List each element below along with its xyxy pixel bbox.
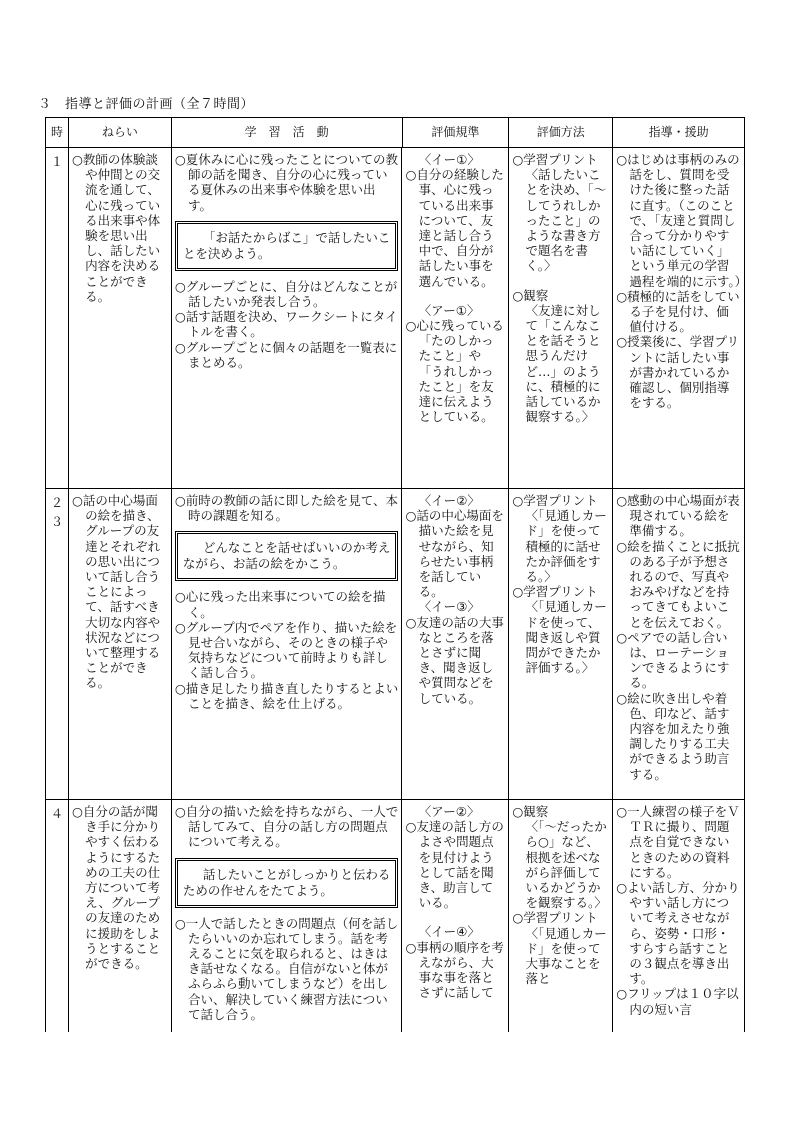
header-aim: ねらい bbox=[69, 118, 172, 147]
hour-cell: １ bbox=[46, 148, 69, 488]
guidance-cell: ○はじめは事柄のみの話をし、質問を受けた後に整った話に直す。（このことで、「友達… bbox=[613, 148, 745, 488]
table-row: ２ ３ ○話の中心場面の絵を描き、グループの友達とそれぞれの思い出について話し合… bbox=[45, 489, 745, 800]
hour-cell: ２ ３ bbox=[46, 489, 69, 799]
table-row: １ ○教師の体験談や仲間との交流を通して、心に残っている出来事や体験を思い出し、… bbox=[45, 148, 745, 489]
activities-cell: ○前時の教師の話に即した絵を見て、本時の課題を知る。 どんなことを話せばいいのか… bbox=[172, 489, 403, 799]
header-hour: 時 bbox=[46, 118, 69, 147]
aim-cell: ○自分の話が聞き手に分かりやすく伝わるようにするための工夫の仕方について考え、グ… bbox=[69, 800, 172, 1032]
guidance-cell: ○一人練習の様子をＶＴＲに撮り、問題点を自覚できないときのための資料にする。 ○… bbox=[613, 800, 745, 1032]
aim-cell: ○話の中心場面の絵を描き、グループの友達とそれぞれの思い出について話し合うことに… bbox=[69, 489, 172, 799]
lesson-goal-box: 話したいことがしっかりと伝わるための作せんをたてよう。 bbox=[175, 858, 399, 908]
activities-cell: ○夏休みに心に残ったことについての教師の話を聞き、自分の心に残っている夏休みの出… bbox=[172, 148, 403, 488]
table-header-row: 時 ねらい 学 習 活 動 評価規準 評価方法 指導・援助 bbox=[45, 117, 745, 148]
aim-cell: ○教師の体験談や仲間との交流を通して、心に残っている出来事や体験を思い出し、話し… bbox=[69, 148, 172, 488]
criteria-cell: 〈イー②〉 ○話の中心場面を描いた絵を見せながら、知らせたい事柄を話している。 … bbox=[402, 489, 509, 799]
lesson-goal-box: 「お話たからばこ」で話したいことを決めよう。 bbox=[175, 221, 399, 271]
header-guidance: 指導・援助 bbox=[613, 118, 745, 147]
hour-cell: ４ bbox=[46, 800, 69, 1032]
lesson-goal-box: どんなことを話せばいいのか考えながら、お話の絵をかこう。 bbox=[175, 531, 399, 581]
methods-cell: ○観察 〈「～だったから○」など、根拠を述べながら評価しているかどうかを観察する… bbox=[509, 800, 613, 1032]
header-methods: 評価方法 bbox=[509, 118, 613, 147]
criteria-cell: 〈アー②〉 ○友達の話し方のよさや問題点を見付けようとして話を聞き、助言している… bbox=[402, 800, 509, 1032]
methods-cell: ○学習プリント 〈「見通しカード」を使って積極的に話せたか評価をする。〉 ○学習… bbox=[509, 489, 613, 799]
criteria-cell: 〈イー①〉 ○自分の経験した事、心に残っている出来事について、友達と話し合う中で… bbox=[402, 148, 509, 488]
methods-cell: ○学習プリント 〈話したいことを決め、「～してうれしかったこと」のような書き方で… bbox=[509, 148, 613, 488]
activities-cell: ○自分の描いた絵を持ちながら、一人で話してみて、自分の話し方の問題点について考え… bbox=[172, 800, 403, 1032]
table-row: ４ ○自分の話が聞き手に分かりやすく伝わるようにするための工夫の仕方について考え… bbox=[45, 800, 745, 1032]
plan-table: 時 ねらい 学 習 活 動 評価規準 評価方法 指導・援助 １ ○教師の体験談や… bbox=[45, 117, 745, 1032]
header-criteria: 評価規準 bbox=[403, 118, 510, 147]
section-title: ３ 指導と評価の計画（全７時間） bbox=[38, 93, 254, 112]
guidance-cell: ○感動の中心場面が表現されている絵を準備する。 ○絵を描くことに抵抗のある子が予… bbox=[613, 489, 745, 799]
header-activities: 学 習 活 動 bbox=[172, 118, 403, 147]
